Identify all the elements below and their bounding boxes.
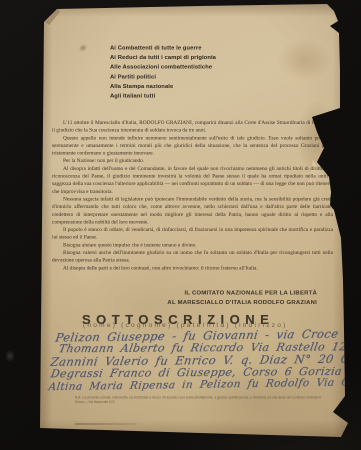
document-paper: Ai Combattenti di tutte le guerre Ai Red… xyxy=(40,4,348,437)
photo-background: Ai Combattenti di tutte le guerre Ai Red… xyxy=(0,0,361,450)
footnote-nb: N.B. La presente scheda, sottoscritta, v… xyxy=(75,396,321,405)
handwritten-signatures: Pelizon Giuseppe - fu Giovanni - via Cro… xyxy=(40,4,348,437)
printer-mark xyxy=(75,423,137,425)
